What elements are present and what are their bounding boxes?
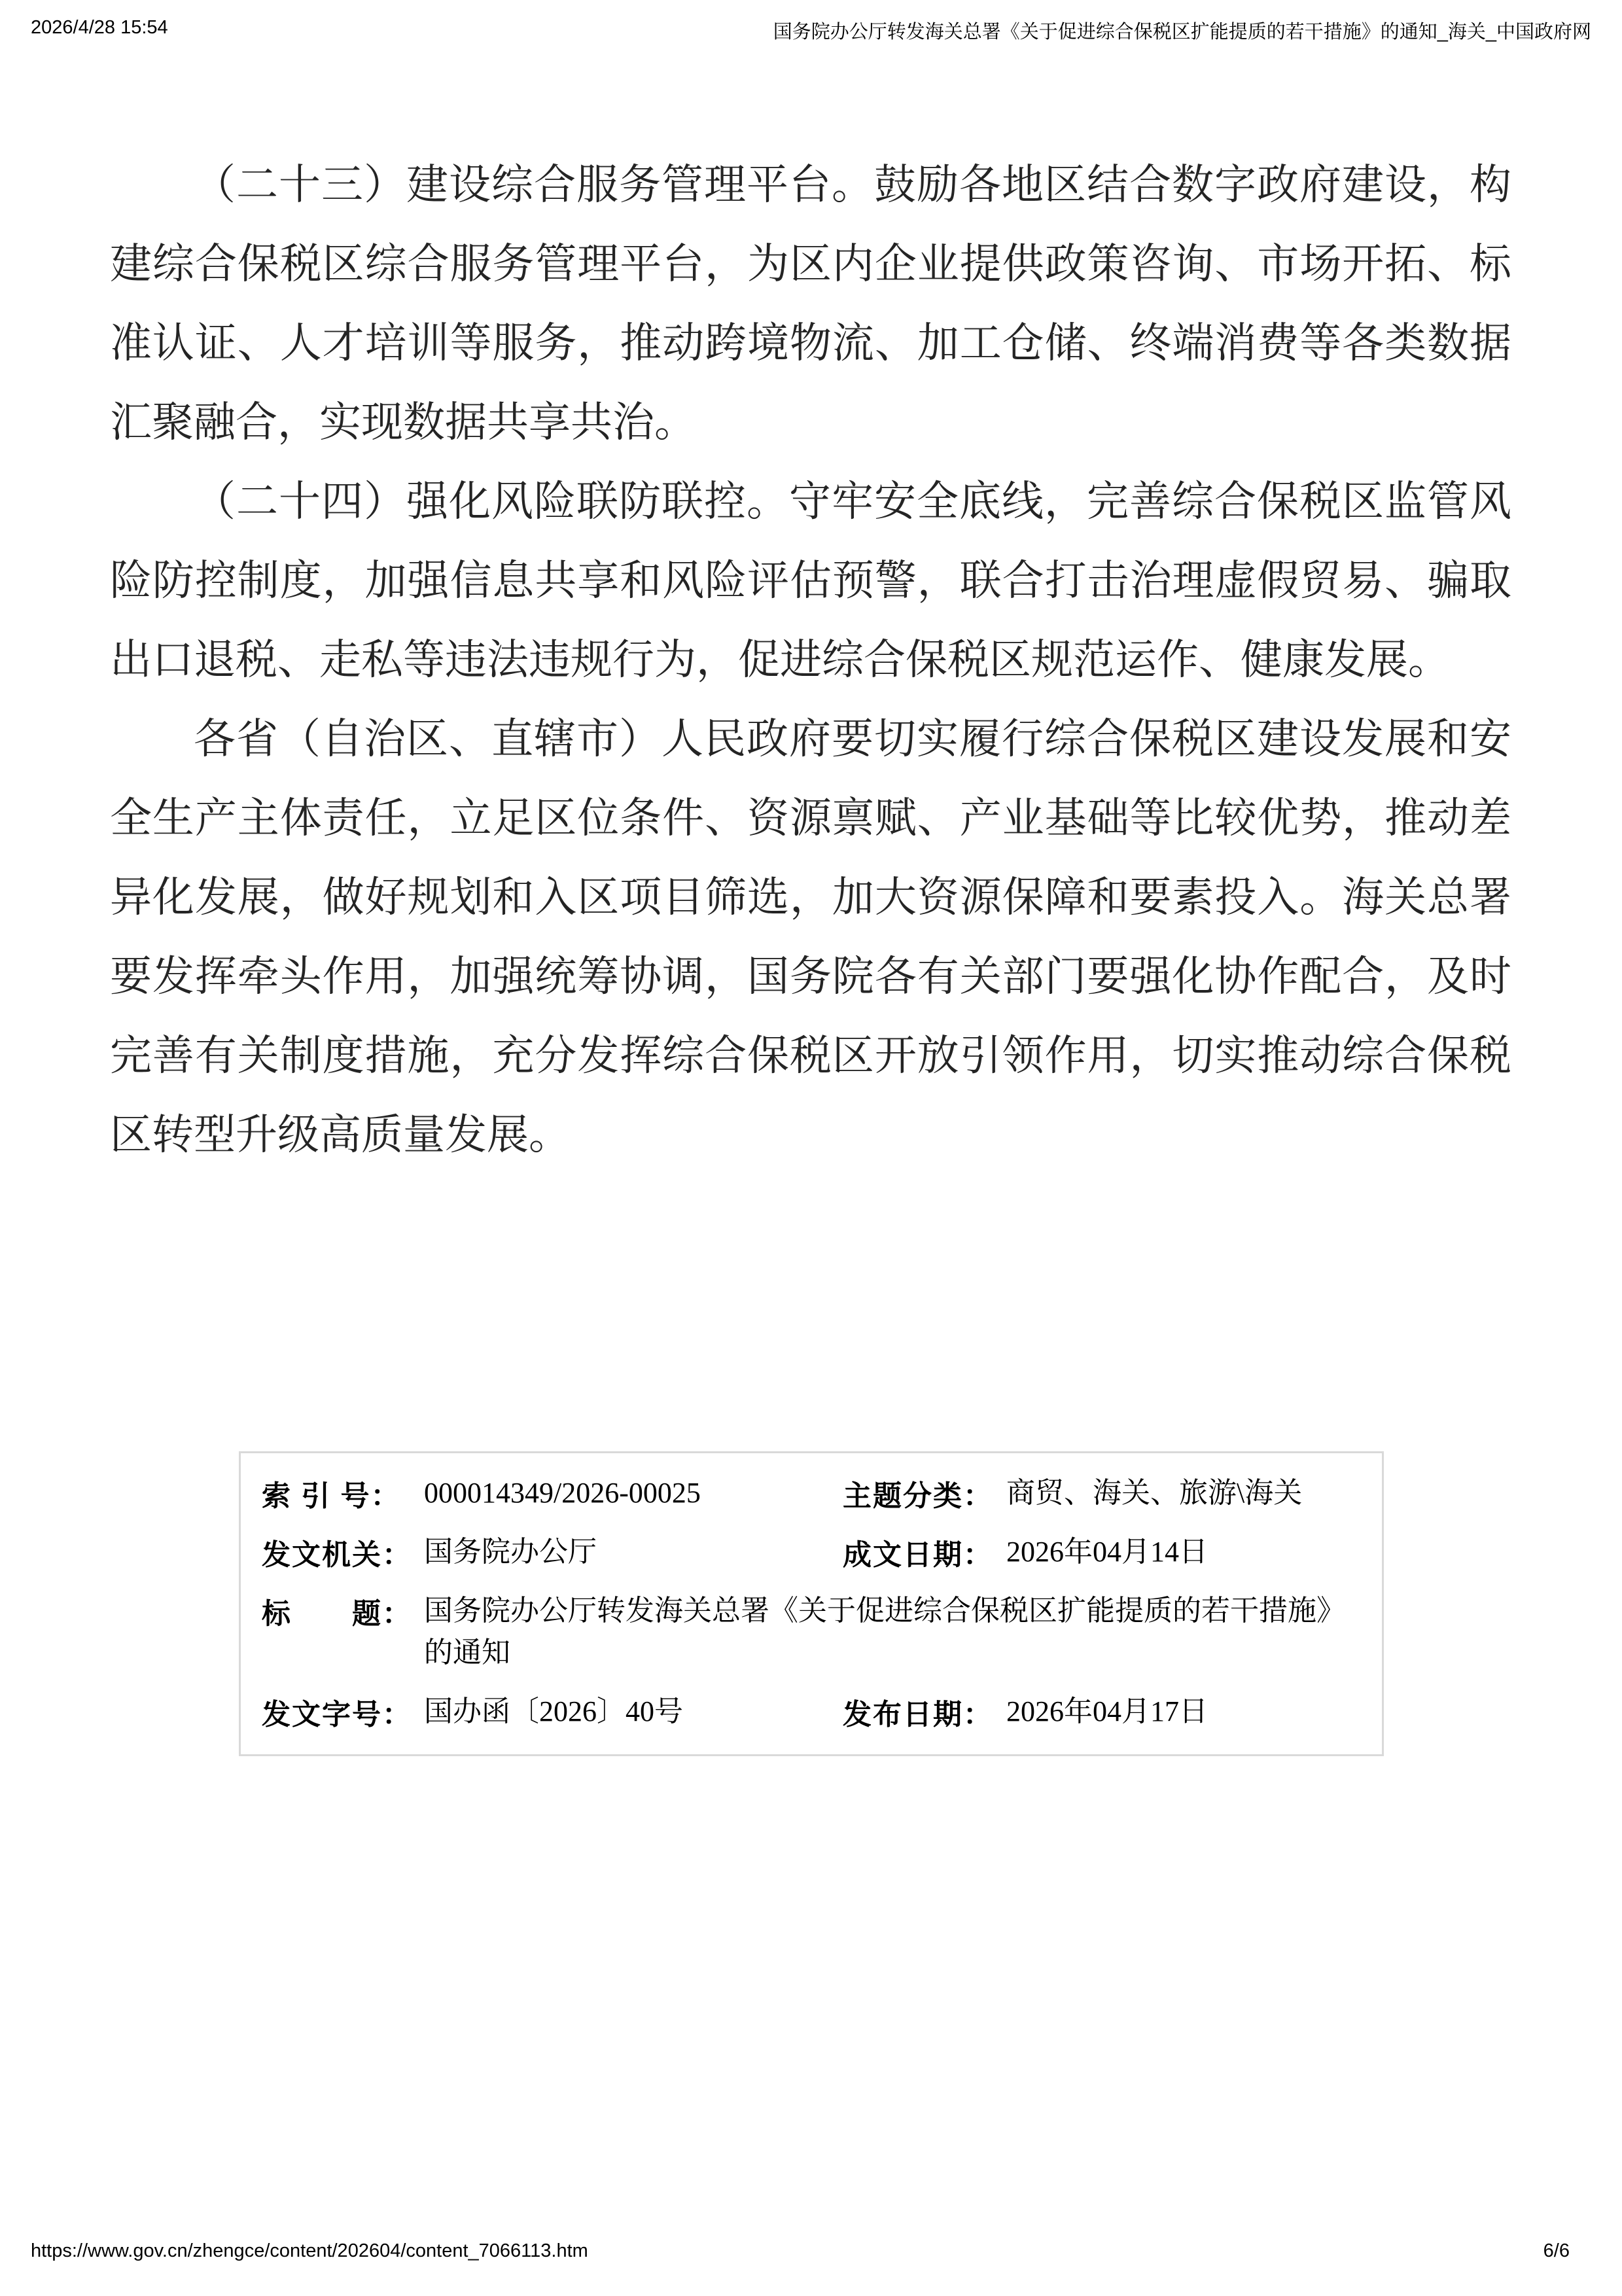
doc-number-label: 发文字号： bbox=[262, 1691, 424, 1733]
printed-page: 2026/4/28 15:54 国务院办公厅转发海关总署《关于促进综合保税区扩能… bbox=[0, 0, 1622, 2296]
print-page-title: 国务院办公厅转发海关总署《关于促进综合保税区扩能提质的若干措施》的通知_海关_中… bbox=[773, 17, 1591, 44]
doc-number-value: 国办函〔2026〕40号 bbox=[424, 1691, 843, 1733]
written-date-value: 2026年04月14日 bbox=[1006, 1531, 1356, 1573]
paragraph-closing: 各省（自治区、直辖市）人民政府要切实履行综合保税区建设发展和安全生产主体责任，立… bbox=[110, 699, 1511, 1174]
print-header: 2026/4/28 15:54 国务院办公厅转发海关总署《关于促进综合保税区扩能… bbox=[31, 17, 1591, 44]
index-number-label: 索 引 号： bbox=[262, 1472, 424, 1514]
meta-row-title: 标 题： 国务院办公厅转发海关总署《关于促进综合保税区扩能提质的若干措施》的通知 bbox=[241, 1581, 1382, 1682]
meta-row-index-category: 索 引 号： 000014349/2026-00025 主题分类： 商贸、海关、… bbox=[241, 1464, 1382, 1523]
written-date-label: 成文日期： bbox=[843, 1531, 1006, 1573]
issuing-agency-value: 国务院办公厅 bbox=[424, 1531, 843, 1573]
print-datetime: 2026/4/28 15:54 bbox=[31, 17, 168, 39]
document-body: （二十三）建设综合服务管理平台。鼓励各地区结合数字政府建设，构建综合保税区综合服… bbox=[110, 145, 1511, 1174]
publish-date-label: 发布日期： bbox=[843, 1691, 1006, 1733]
paragraph-measure-24: （二十四）强化风险联防联控。守牢安全底线，完善综合保税区监管风险防控制度，加强信… bbox=[110, 462, 1511, 699]
paragraph-measure-23: （二十三）建设综合服务管理平台。鼓励各地区结合数字政府建设，构建综合保税区综合服… bbox=[110, 145, 1511, 462]
meta-row-number-publish: 发文字号： 国办函〔2026〕40号 发布日期： 2026年04月17日 bbox=[241, 1682, 1382, 1741]
doc-title-value: 国务院办公厅转发海关总署《关于促进综合保税区扩能提质的若干措施》的通知 bbox=[424, 1590, 1356, 1674]
issuing-agency-label: 发文机关： bbox=[262, 1531, 424, 1573]
topic-category-label: 主题分类： bbox=[843, 1472, 1006, 1514]
doc-title-label: 标 题： bbox=[262, 1590, 424, 1632]
topic-category-value: 商贸、海关、旅游\海关 bbox=[1006, 1472, 1356, 1514]
document-meta-table: 索 引 号： 000014349/2026-00025 主题分类： 商贸、海关、… bbox=[239, 1451, 1384, 1756]
page-number-indicator: 6/6 bbox=[1543, 2240, 1570, 2262]
meta-row-issuer-date: 发文机关： 国务院办公厅 成文日期： 2026年04月14日 bbox=[241, 1523, 1382, 1581]
index-number-value: 000014349/2026-00025 bbox=[424, 1472, 843, 1514]
publish-date-value: 2026年04月17日 bbox=[1006, 1691, 1356, 1733]
print-footer: https://www.gov.cn/zhengce/content/20260… bbox=[31, 2240, 1570, 2262]
source-url: https://www.gov.cn/zhengce/content/20260… bbox=[31, 2240, 588, 2262]
